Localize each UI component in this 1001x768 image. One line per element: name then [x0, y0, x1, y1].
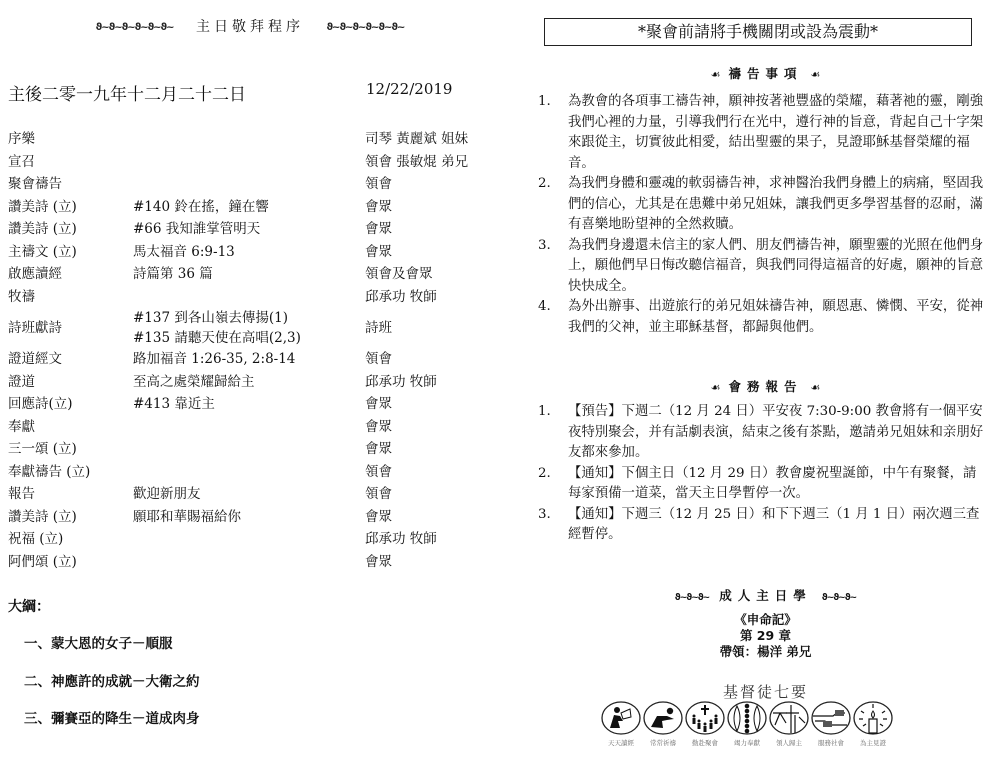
program-content: 馬太福音 6:9-13: [133, 241, 235, 263]
essential-label: 勤赴聚會: [684, 738, 726, 747]
item-text: 【通知】下週三（12 月 25 日）和下下週三（1 月 1 日）兩次週三查經暫停…: [568, 507, 979, 543]
seven-essentials-icons: 天天讀經 常常祈禱: [600, 701, 900, 741]
item-text: 為我們身體和靈魂的軟弱禱告神，求神醫治我們身體上的病痛，堅固我們的信心，尤其是在…: [568, 176, 983, 232]
program-item: 聚會禱告: [8, 173, 62, 195]
program-leader: 會眾: [365, 218, 392, 240]
program-row: 序樂 司琴 黃麗斌 姐妹: [8, 128, 498, 151]
essential-item: 勤赴聚會: [684, 701, 726, 747]
flourish-ornament-icon: ϑ~ϑ~ϑ~: [822, 593, 856, 603]
program-leader: 會眾: [365, 393, 392, 415]
program-item: 奉獻禱告 (立): [8, 461, 90, 483]
program-content: #413 靠近主: [133, 393, 215, 415]
ornament-icon: ☙: [811, 68, 821, 81]
program-item: 奉獻: [8, 416, 35, 438]
program-content: 願耶和華賜福給你: [133, 506, 241, 528]
sermon-outline: 大綱： 一、蒙大恩的女子－順服 二、神應許的成就－大衛之約 三、彌賽亞的降生－道…: [8, 596, 488, 745]
essential-label: 天天讀經: [600, 738, 642, 747]
lead-to-lord-icon: [769, 701, 809, 735]
program-row: 回應詩(立) #413 靠近主 會眾: [8, 393, 498, 416]
bible-reading-icon: [601, 701, 641, 735]
item-number: 1.: [538, 402, 551, 423]
program-row: 證道經文 路加福音 1:26-35, 2:8-14 領會: [8, 348, 498, 371]
essential-label: 領人歸主: [768, 738, 810, 747]
program-item: 祝福 (立): [8, 528, 63, 550]
program-leader: 領會 張敏焜 弟兄: [365, 151, 468, 173]
item-text: 為教會的各項事工禱告神，願神按著祂豐盛的榮耀，藉著祂的靈，剛強我們心裡的力量，引…: [568, 94, 983, 171]
program-row: 祝福 (立) 邱承功 牧師: [8, 528, 498, 551]
program-leader: 領會: [365, 348, 392, 370]
outline-item: 一、蒙大恩的女子－順服: [24, 632, 488, 670]
program-leader: 邱承功 牧師: [365, 528, 437, 550]
announcement-item: 3. 【通知】下週三（12 月 25 日）和下下週三（1 月 1 日）兩次週三查…: [538, 505, 988, 546]
program-leader: 會眾: [365, 438, 392, 460]
program-item: 讚美詩 (立): [8, 196, 77, 218]
item-number: 2.: [538, 464, 551, 485]
prayer-item: 4. 為外出辦事、出遊旅行的弟兄姐妹禱告神，願恩惠、憐憫、平安，從神我們的父神，…: [538, 297, 988, 338]
essential-label: 服務社會: [810, 738, 852, 747]
program-item: 三一頌 (立): [8, 438, 77, 460]
program-row: 啟應讀經 詩篇第 36 篇 領會及會眾: [8, 263, 498, 286]
program-leader: 詩班: [365, 317, 392, 339]
essential-item: 竭力奉獻: [726, 701, 768, 747]
essential-item: 領人歸主: [768, 701, 810, 747]
program-content: #140 鈴在搖，鐘在響: [133, 196, 269, 218]
item-text: 【預告】下週二（12 月 24 日）平安夜 7:30-9:00 教會將有一個平安…: [568, 404, 983, 460]
worship-order-header: ϑ~ϑ~ϑ~ϑ~ϑ~ϑ~ 主日敬拜程序 ϑ~ϑ~ϑ~ϑ~ϑ~ϑ~: [0, 16, 500, 36]
prayer-section-title: 禱告事項: [728, 66, 802, 81]
prayer-item: 2. 為我們身體和靈魂的軟弱禱告神，求神醫治我們身體上的病痛，堅固我們的信心，尤…: [538, 174, 988, 236]
program-content-multiline: #137 到各山嶺去傳揚(1) #135 請聽天使在高唱(2,3): [133, 308, 301, 348]
flourish-ornament-icon: ϑ~ϑ~ϑ~ϑ~ϑ~ϑ~: [326, 22, 404, 33]
essential-label: 常常祈禱: [642, 738, 684, 747]
announcements-section-title: 會務報告: [728, 379, 802, 394]
program-leader: 邱承功 牧師: [365, 286, 437, 308]
ornament-icon: ☙: [711, 381, 721, 394]
program-row: 讚美詩 (立) 願耶和華賜福給你 會眾: [8, 506, 498, 529]
program-row: 主禱文 (立) 馬太福音 6:9-13 會眾: [8, 241, 498, 264]
fish-offering-icon: [727, 701, 767, 735]
phone-notice-box: *聚會前請將手機關閉或設為震動*: [544, 18, 972, 46]
essential-item: 天天讀經: [600, 701, 642, 747]
program-item: 讚美詩 (立): [8, 218, 77, 240]
worship-order-title: 主日敬拜程序: [196, 19, 304, 35]
candle-witness-icon: [853, 701, 893, 735]
item-number: 1.: [538, 92, 551, 113]
prayer-item: 1. 為教會的各項事工禱告神，願神按著祂豐盛的榮耀，藉著祂的靈，剛強我們心裡的力…: [538, 92, 988, 174]
bulletin-page: ϑ~ϑ~ϑ~ϑ~ϑ~ϑ~ 主日敬拜程序 ϑ~ϑ~ϑ~ϑ~ϑ~ϑ~ 主後二零一九年…: [0, 0, 1001, 768]
ornament-icon: ☙: [811, 381, 821, 394]
program-leader: 會眾: [365, 506, 392, 528]
program-content: 路加福音 1:26-35, 2:8-14: [133, 348, 295, 370]
program-row: 讚美詩 (立) #66 我知誰掌管明天 會眾: [8, 218, 498, 241]
flourish-ornament-icon: ϑ~ϑ~ϑ~ϑ~ϑ~ϑ~: [96, 22, 174, 33]
program-row: 牧禱 邱承功 牧師: [8, 286, 498, 309]
essential-item: 常常祈禱: [642, 701, 684, 747]
study-book: 《申命記》: [530, 612, 1001, 628]
program-item: 阿們頌 (立): [8, 551, 77, 573]
program-item: 牧禱: [8, 286, 35, 308]
program-row: 報告 歡迎新朋友 領會: [8, 483, 498, 506]
program-item: 讚美詩 (立): [8, 506, 77, 528]
item-number: 4.: [538, 297, 551, 318]
program-content: 至高之處榮耀歸給主: [133, 371, 255, 393]
program-row: 宣召 領會 張敏焜 弟兄: [8, 151, 498, 174]
item-text: 【通知】下個主日（12 月 29 日）教會慶祝聖誕節，中午有聚餐，請每家預備一道…: [568, 466, 976, 502]
program-item: 詩班獻詩: [8, 317, 62, 339]
seven-essentials-title: 基督徒七要: [530, 681, 1001, 702]
item-text: 為我們身邊還未信主的家人們、朋友們禱告神，願聖靈的光照在他們身上，願他們早日悔改…: [568, 238, 983, 294]
program-row: 證道 至高之處榮耀歸給主 邱承功 牧師: [8, 371, 498, 394]
program-leader: 會眾: [365, 196, 392, 218]
program-leader: 司琴 黃麗斌 姐妹: [365, 128, 468, 150]
announcement-item: 2. 【通知】下個主日（12 月 29 日）教會慶祝聖誕節，中午有聚餐，請每家預…: [538, 464, 988, 505]
program-content: #66 我知誰掌管明天: [133, 218, 260, 240]
program-row: 奉獻禱告 (立) 領會: [8, 461, 498, 484]
prayer-section-header: ☙禱告事項☙: [530, 64, 1001, 82]
program-content: #137 到各山嶺去傳揚(1): [133, 308, 301, 328]
serving-hand-icon: [811, 701, 851, 735]
ornament-icon: ☙: [711, 68, 721, 81]
essential-item: 服務社會: [810, 701, 852, 747]
program-leader: 領會及會眾: [365, 263, 433, 285]
program-content: 歡迎新朋友: [133, 483, 201, 505]
date-chinese: 主後二零一九年十二月二十二日: [8, 80, 246, 105]
program-content: 詩篇第 36 篇: [133, 263, 213, 285]
flourish-ornament-icon: ϑ~ϑ~ϑ~: [675, 593, 709, 603]
prayer-item: 3. 為我們身邊還未信主的家人們、朋友們禱告神，願聖靈的光照在他們身上，願他們早…: [538, 236, 988, 298]
program-row: 三一頌 (立) 會眾: [8, 438, 498, 461]
item-number: 3.: [538, 505, 551, 526]
program-item: 回應詩(立): [8, 393, 73, 415]
outline-item: 二、神應許的成就－大衛之約: [24, 670, 488, 708]
essential-item: 為主見證: [852, 701, 894, 747]
program-leader: 領會: [365, 173, 392, 195]
adult-school-title: 成人主日學: [719, 588, 812, 603]
program-content: #135 請聽天使在高唱(2,3): [133, 328, 301, 348]
program-leader: 領會: [365, 461, 392, 483]
program-item: 啟應讀經: [8, 263, 62, 285]
program-item: 報告: [8, 483, 35, 505]
program-row: 阿們頌 (立) 會眾: [8, 551, 498, 574]
service-date: 主後二零一九年十二月二十二日 12/22/2019: [8, 80, 488, 106]
program-leader: 會眾: [365, 416, 392, 438]
program-row: 詩班獻詩 #137 到各山嶺去傳揚(1) #135 請聽天使在高唱(2,3) 詩…: [8, 308, 498, 348]
date-numeric: 12/22/2019: [366, 80, 452, 98]
study-chapter: 第 29 章: [530, 628, 1001, 644]
announcement-list: 1. 【預告】下週二（12 月 24 日）平安夜 7:30-9:00 教會將有一…: [538, 402, 988, 546]
item-number: 2.: [538, 174, 551, 195]
prayer-list: 1. 為教會的各項事工禱告神，願神按著祂豐盛的榮耀，藉著祂的靈，剛強我們心裡的力…: [538, 92, 988, 338]
item-text: 為外出辦事、出遊旅行的弟兄姐妹禱告神，願恩惠、憐憫、平安，從神我們的父神，並主耶…: [568, 299, 983, 335]
program-leader: 領會: [365, 483, 392, 505]
program-leader: 會眾: [365, 241, 392, 263]
study-leader: 帶領：楊洋 弟兄: [530, 644, 1001, 660]
essential-label: 竭力奉獻: [726, 738, 768, 747]
congregation-cross-icon: [685, 701, 725, 735]
kneeling-prayer-icon: [643, 701, 683, 735]
program-row: 讚美詩 (立) #140 鈴在搖，鐘在響 會眾: [8, 196, 498, 219]
item-number: 3.: [538, 236, 551, 257]
adult-school-info: 《申命記》 第 29 章 帶領：楊洋 弟兄: [530, 612, 1001, 660]
program-table: 序樂 司琴 黃麗斌 姐妹 宣召 領會 張敏焜 弟兄 聚會禱告 領會 讚美詩 (立…: [8, 128, 498, 573]
outline-heading: 大綱：: [8, 596, 488, 616]
program-item: 證道: [8, 371, 35, 393]
adult-school-header: ϑ~ϑ~ϑ~成人主日學ϑ~ϑ~ϑ~: [530, 586, 1001, 604]
program-item: 序樂: [8, 128, 35, 150]
program-item: 證道經文: [8, 348, 62, 370]
program-item: 宣召: [8, 151, 35, 173]
program-row: 奉獻 會眾: [8, 416, 498, 439]
program-item: 主禱文 (立): [8, 241, 77, 263]
program-row: 聚會禱告 領會: [8, 173, 498, 196]
announcements-column: *聚會前請將手機關閉或設為震動* ☙禱告事項☙ 1. 為教會的各項事工禱告神，願…: [530, 0, 1001, 768]
announcements-section-header: ☙會務報告☙: [530, 377, 1001, 395]
outline-item: 三、彌賽亞的降生－道成肉身: [24, 707, 488, 745]
program-leader: 邱承功 牧師: [365, 371, 437, 393]
program-leader: 會眾: [365, 551, 392, 573]
worship-order-column: ϑ~ϑ~ϑ~ϑ~ϑ~ϑ~ 主日敬拜程序 ϑ~ϑ~ϑ~ϑ~ϑ~ϑ~ 主後二零一九年…: [0, 0, 500, 768]
announcement-item: 1. 【預告】下週二（12 月 24 日）平安夜 7:30-9:00 教會將有一…: [538, 402, 988, 464]
essential-label: 為主見證: [852, 738, 894, 747]
